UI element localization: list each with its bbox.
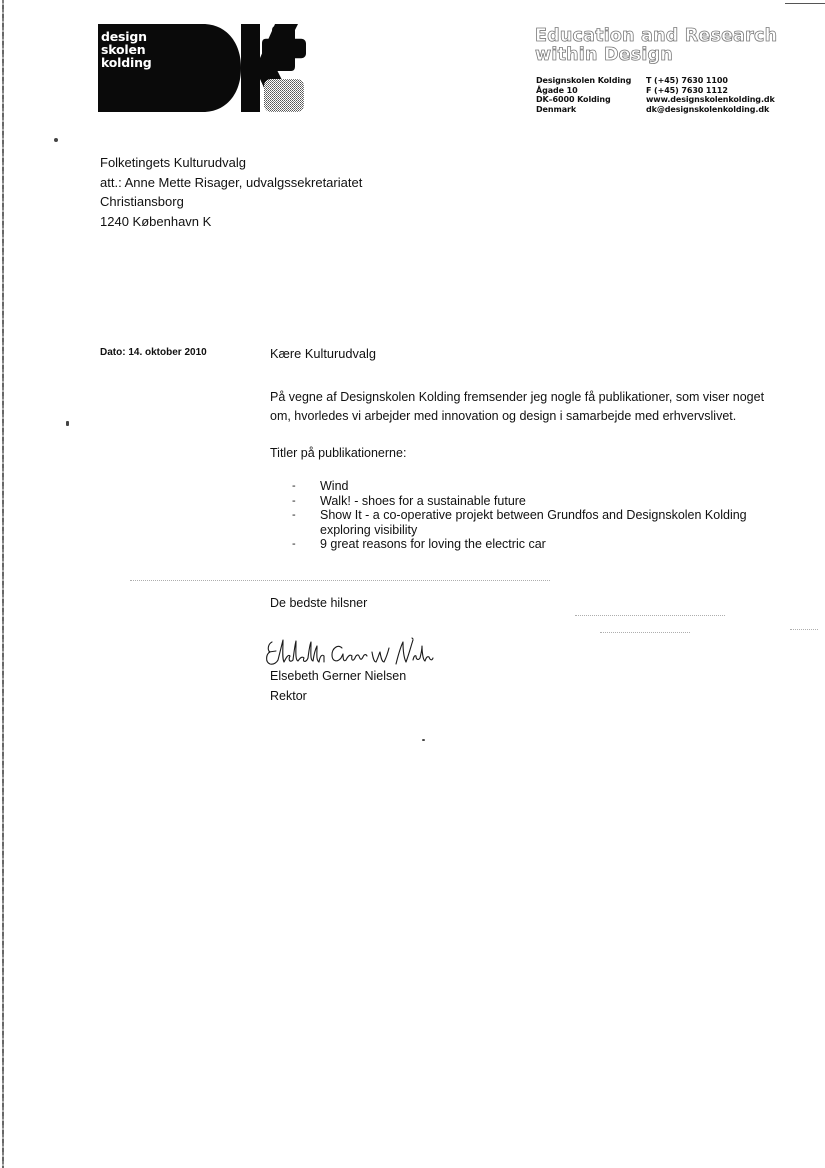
publication-title: Wind [320,479,348,493]
publication-title: Walk! - shoes for a sustainable future [320,494,526,508]
logo-wordmark-line: kolding [101,56,152,69]
postal-city: DK–6000 Kolding [536,95,631,105]
publications-list: - Wind - Walk! - shoes for a sustainable… [292,479,772,552]
tagline-line: Education and Research [535,27,777,46]
list-dash-marker: - [292,537,296,552]
scan-dotted-rule [790,629,818,631]
letterhead-tagline: Education and Research within Design [535,27,777,65]
letter-date: Dato: 14. oktober 2010 [100,347,207,358]
list-dash-marker: - [292,508,296,523]
school-logo: design skolen kolding [98,24,308,112]
handwritten-signature-icon [264,634,434,670]
signature [264,634,434,670]
scan-speck [66,421,69,426]
scan-speck [54,138,58,142]
publication-title: Show It - a co-operative projekt between… [320,508,747,537]
postal-address-block: Designskolen Kolding Ågade 10 DK–6000 Ko… [536,76,631,114]
list-item: - Show It - a co-operative projekt betwe… [292,508,772,537]
recipient-line: 1240 København K [100,212,362,232]
recipient-line: Christiansborg [100,192,362,212]
recipient-address: Folketingets Kulturudvalg att.: Anne Met… [100,153,362,231]
publications-heading: Titler på publikationerne: [270,446,406,460]
list-item: - 9 great reasons for loving the electri… [292,537,772,552]
scan-dotted-rule [130,580,550,582]
publication-title: 9 great reasons for loving the electric … [320,537,546,551]
scan-dotted-rule [600,632,690,634]
recipient-line: att.: Anne Mette Risager, udvalgssekreta… [100,173,362,193]
letter-greeting: Kære Kulturudvalg [270,346,376,361]
fax-number: F (+45) 7630 1112 [646,86,775,96]
logo-wordmark: design skolen kolding [101,30,152,69]
tagline-line: within Design [535,46,777,65]
signer-name: Elsebeth Gerner Nielsen [270,669,406,683]
signer-title: Rektor [270,689,307,703]
scan-dotted-rule [575,615,725,617]
school-name: Designskolen Kolding [536,76,631,86]
website-link[interactable]: www.designskolenkolding.dk [646,95,775,105]
phone-number: T (+45) 7630 1100 [646,76,775,86]
recipient-line: Folketingets Kulturudvalg [100,153,362,173]
letter-closing: De bedste hilsner [270,596,367,610]
street-address: Ågade 10 [536,86,631,96]
letter-intro-paragraph: På vegne af Designskolen Kolding fremsen… [270,388,780,426]
country: Denmark [536,105,631,115]
list-dash-marker: - [292,494,296,509]
scan-edge-line-top [785,3,825,4]
scan-edge-line [2,0,4,1168]
scan-speck [422,739,425,741]
list-item: - Wind [292,479,772,494]
list-item: - Walk! - shoes for a sustainable future [292,494,772,509]
email-link[interactable]: dk@designskolenkolding.dk [646,105,775,115]
list-dash-marker: - [292,479,296,494]
contact-details-block: T (+45) 7630 1100 F (+45) 7630 1112 www.… [646,76,775,114]
